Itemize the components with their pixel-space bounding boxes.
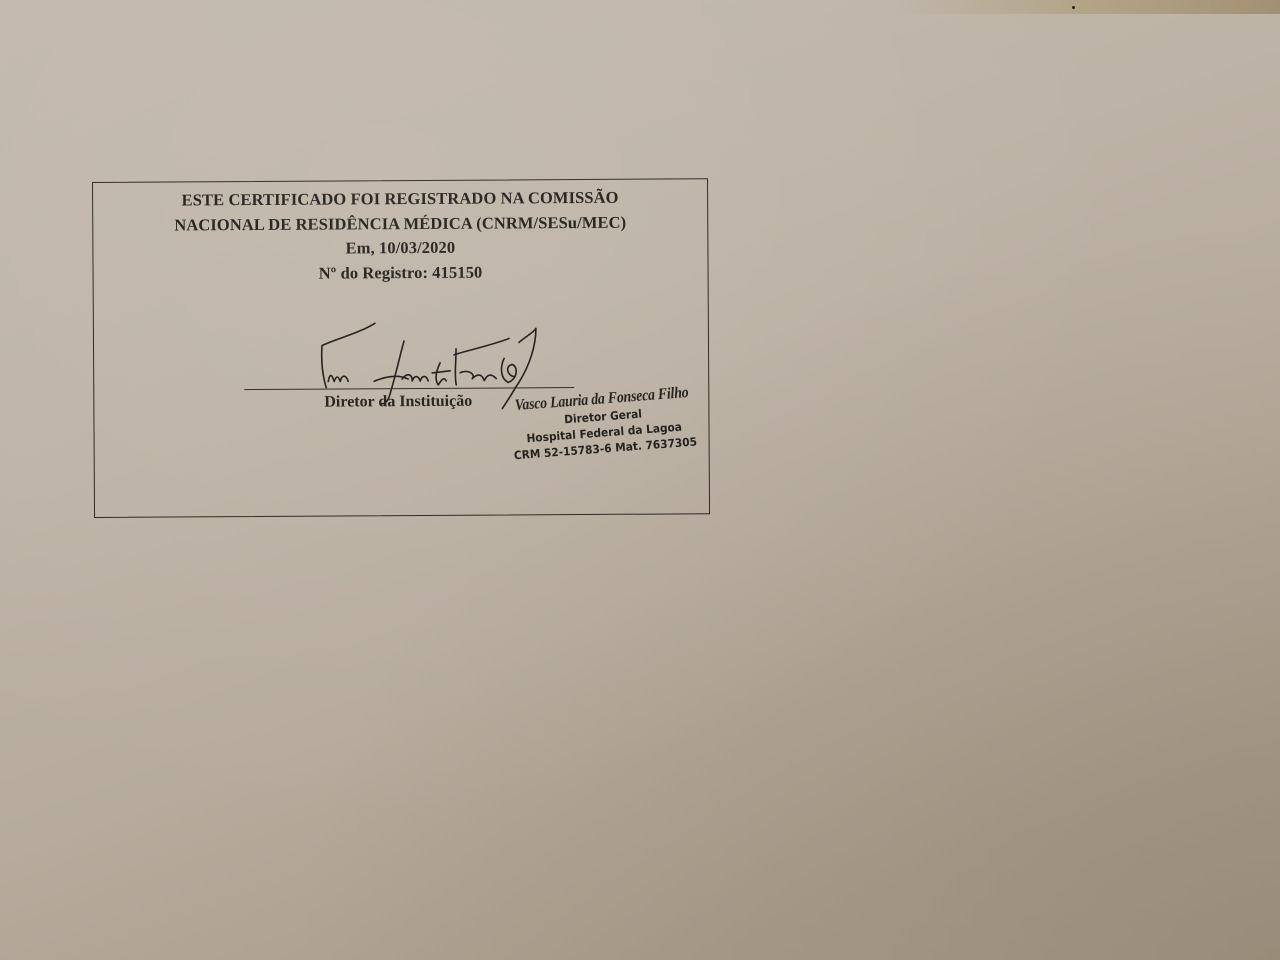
stamp-line-2: NACIONAL DE RESIDÊNCIA MÉDICA (CNRM/SESu… bbox=[93, 210, 707, 238]
signature-caption: Diretor da Instituição bbox=[324, 393, 472, 412]
stamp-line-1: ESTE CERTIFICADO FOI REGISTRADO NA COMIS… bbox=[93, 185, 707, 213]
stamp-registration-date: Em, 10/03/2020 bbox=[93, 234, 707, 262]
paper-speck bbox=[1072, 6, 1075, 9]
registration-stamp-box: ESTE CERTIFICADO FOI REGISTRADO NA COMIS… bbox=[92, 178, 710, 518]
stamp-registration-number: Nº do Registro: 415150 bbox=[93, 259, 707, 287]
paper-top-edge bbox=[0, 0, 1280, 14]
registration-stamp-text: ESTE CERTIFICADO FOI REGISTRADO NA COMIS… bbox=[93, 185, 708, 287]
